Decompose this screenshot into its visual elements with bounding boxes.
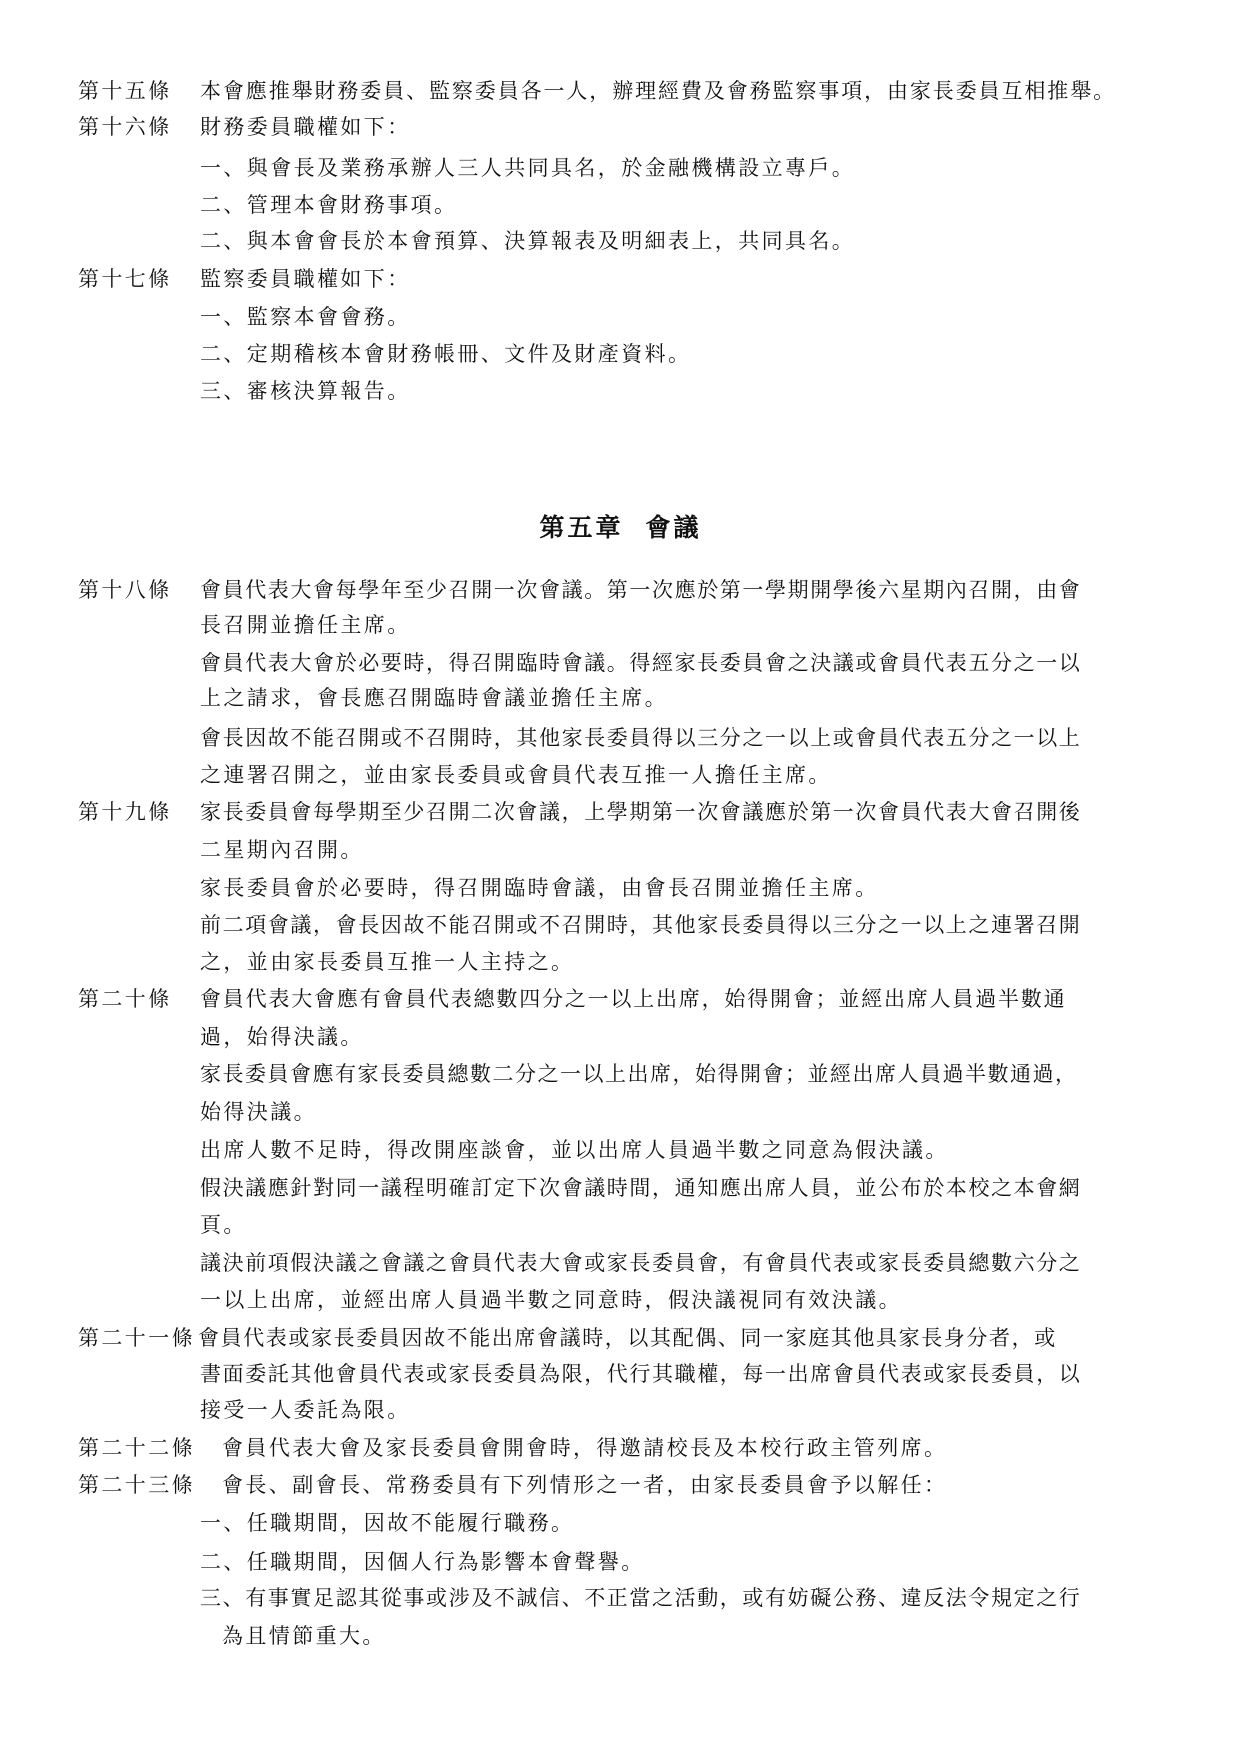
article-text: 二星期內召開。 (200, 837, 364, 863)
list-item: 三、審核決算報告。 (200, 378, 411, 404)
article-text: 假決議應針對同一議程明確訂定下次會議時間，通知應出席人員，並公布於本校之本會網 (200, 1175, 1081, 1201)
article-label: 第二十三條 (78, 1472, 195, 1498)
article-text: 議決前項假決議之會議之會員代表大會或家長委員會，有會員代表或家長委員總數六分之 (200, 1250, 1081, 1276)
list-item-continuation: 為且情節重大。 (222, 1623, 386, 1649)
article-text: 監察委員職權如下： (200, 266, 411, 292)
article-text: 家長委員會每學期至少召開二次會議，上學期第一次會議應於第一次會員代表大會召開後 (200, 799, 1081, 825)
article-text: 會員代表或家長委員因故不能出席會議時，以其配偶、同一家庭其他具家長身分者，或 (198, 1325, 1057, 1351)
article-text: 本會應推舉財務委員、監察委員各一人，辦理經費及會務監察事項，由家長委員互相推舉。 (200, 78, 1116, 104)
article-text: 財務委員職權如下： (200, 114, 411, 140)
list-item: 一、與會長及業務承辦人三人共同具名，於金融機構設立專戶。 (200, 155, 855, 181)
article-label: 第二十二條 (78, 1435, 195, 1461)
article-text: 會員代表大會於必要時，得召開臨時會議。得經家長委員會之決議或會員代表五分之一以 (200, 650, 1081, 676)
article-text: 頁。 (200, 1212, 247, 1238)
article-label: 第二十條 (78, 986, 172, 1012)
article-text: 書面委託其他會員代表或家長委員為限，代行其職權，每一出席會員代表或家長委員，以 (200, 1361, 1081, 1387)
list-item: 一、任職期間，因故不能履行職務。 (200, 1510, 574, 1536)
list-item: 二、管理本會財務事項。 (200, 192, 457, 218)
article-text: 之，並由家長委員互推一人主持之。 (200, 949, 574, 975)
chapter-number: 第五章 (539, 508, 623, 544)
list-item: 二、定期稽核本會財務帳冊、文件及財產資料。 (200, 341, 691, 367)
article-text: 上之請求，會長應召開臨時會議並擔任主席。 (200, 685, 668, 711)
article-text: 長召開並擔任主席。 (200, 612, 411, 638)
article-text: 家長委員會應有家長委員總數二分之一以上出席，始得開會；並經出席人員過半數通過， (200, 1061, 1078, 1087)
list-item: 二、任職期間，因個人行為影響本會聲譽。 (200, 1549, 645, 1575)
article-text: 前二項會議，會長因故不能召開或不召開時，其他家長委員得以三分之一以上之連署召開 (200, 912, 1081, 938)
article-text: 接受一人委託為限。 (200, 1397, 411, 1423)
list-item: 二、與本會會長於本會預算、決算報表及明細表上，共同具名。 (200, 228, 855, 254)
article-text: 會長、副會長、常務委員有下列情形之一者，由家長委員會予以解任： (222, 1472, 947, 1498)
article-text: 過，始得決議。 (200, 1024, 364, 1050)
list-item: 一、監察本會會務。 (200, 304, 411, 330)
chapter-title: 會議 (646, 508, 702, 544)
article-text: 一以上出席，並經出席人員過半數之同意時，假決議視同有效決議。 (200, 1287, 902, 1313)
list-item: 三、有事實足認其從事或涉及不誠信、不正當之活動，或有妨礙公務、違反法令規定之行 (200, 1585, 1081, 1611)
document-page: 第十五條 本會應推舉財務委員、監察委員各一人，辦理經費及會務監察事項，由家長委員… (0, 0, 1241, 1755)
article-text: 之連署召開之，並由家長委員或會員代表互推一人擔任主席。 (200, 762, 832, 788)
article-label: 第二十一條 (78, 1325, 195, 1351)
article-label: 第十六條 (78, 114, 172, 140)
article-label: 第十九條 (78, 799, 172, 825)
article-text: 會員代表大會及家長委員會開會時，得邀請校長及本校行政主管列席。 (222, 1435, 947, 1461)
article-text: 會員代表大會每學年至少召開一次會議。第一次應於第一學期開學後六星期內召開，由會 (200, 577, 1081, 603)
article-label: 第十八條 (78, 577, 172, 603)
article-text: 會員代表大會應有會員代表總數四分之一以上出席，始得開會；並經出席人員過半數通 (200, 986, 1066, 1012)
article-label: 第十五條 (78, 78, 172, 104)
article-label: 第十七條 (78, 266, 172, 292)
article-text: 出席人數不足時，得改開座談會，並以出席人員過半數之同意為假決議。 (200, 1137, 949, 1163)
article-text: 會長因故不能召開或不召開時，其他家長委員得以三分之一以上或會員代表五分之一以上 (200, 725, 1081, 751)
chapter-heading: 第五章會議 (0, 508, 1241, 544)
article-text: 始得決議。 (200, 1099, 317, 1125)
article-text: 家長委員會於必要時，得召開臨時會議，由會長召開並擔任主席。 (200, 875, 879, 901)
